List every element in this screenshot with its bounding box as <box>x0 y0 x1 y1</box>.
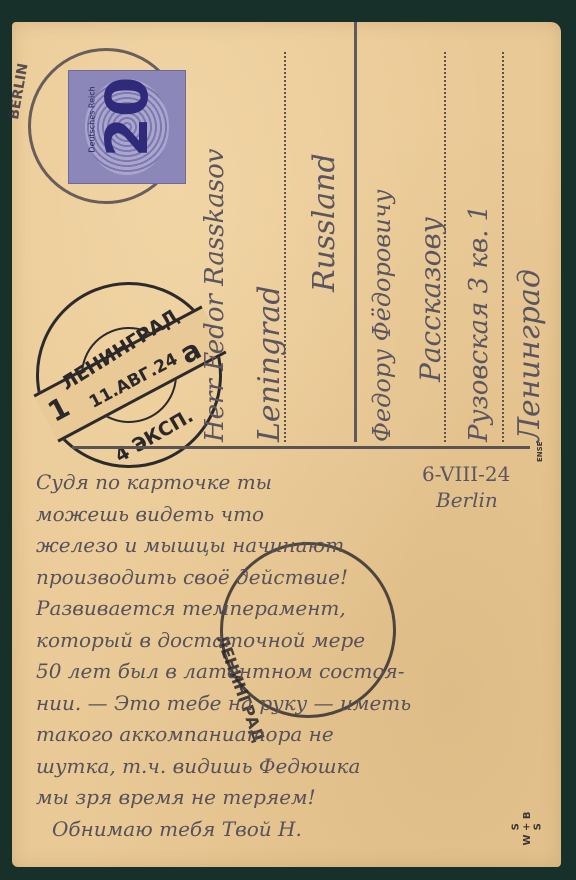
address-line1: Herr Fedor Rasskasov <box>200 149 230 442</box>
message-line: который в достаточной мере <box>36 628 365 652</box>
stamp-value: 20 <box>93 59 161 175</box>
leningrad-postmark: ЛЕНИНГРАД 11.АВГ.24 1 а 4 ЭКСП. <box>36 282 222 468</box>
message-line: 50 лет был в латентном состоя- <box>36 659 405 683</box>
publisher-mark: ENSE <box>536 442 544 462</box>
message-line: Обнимаю тебя Твой Н. <box>52 817 302 841</box>
message-line: мы зря время не теряем! <box>36 785 316 809</box>
address-line7: Ленинград <box>512 269 547 442</box>
printer-mark-bottom: S <box>533 823 544 831</box>
message-line: Развивается темперамент, <box>36 596 346 620</box>
message-line: железо и мышцы начинают <box>36 533 344 557</box>
message-line: нии. — Это тебе на руку — иметь <box>36 691 411 715</box>
address-line6: Рузовская 3 кв. 1 <box>464 205 494 442</box>
address-line-3 <box>502 52 504 442</box>
address-line5: Рассказову <box>414 217 447 382</box>
message-line: можешь видеть что <box>36 502 264 526</box>
printer-mark-left: W <box>522 834 533 845</box>
address-line2: Leningrad <box>252 285 287 442</box>
printer-mark-right: B <box>522 811 533 819</box>
address-divider <box>354 22 357 442</box>
message-divider <box>72 446 530 449</box>
printer-mark: W S + S B <box>510 812 544 845</box>
address-line4: Федору Фёдоровичу <box>368 189 396 442</box>
address-line3: Russland <box>307 153 342 292</box>
message-place: Berlin <box>436 488 498 512</box>
message-line: шутка, т.ч. видишь Федюшка <box>36 754 360 778</box>
message-line: Судя по карточке ты <box>36 470 272 494</box>
printer-mark-top: S <box>511 823 522 831</box>
postcard: Deutsches Reich 20 BERLIN ЛЕНИНГРАД 11.А… <box>12 22 561 867</box>
message-date: 6-VIII-24 <box>422 462 510 486</box>
cross-icon: + <box>522 823 533 831</box>
message-line: производить своё действие! <box>36 565 348 589</box>
berlin-postmark-text: BERLIN <box>6 62 32 121</box>
postage-stamp: Deutsches Reich 20 <box>68 70 186 184</box>
message-line: такого аккомпаниатора не <box>36 722 334 746</box>
